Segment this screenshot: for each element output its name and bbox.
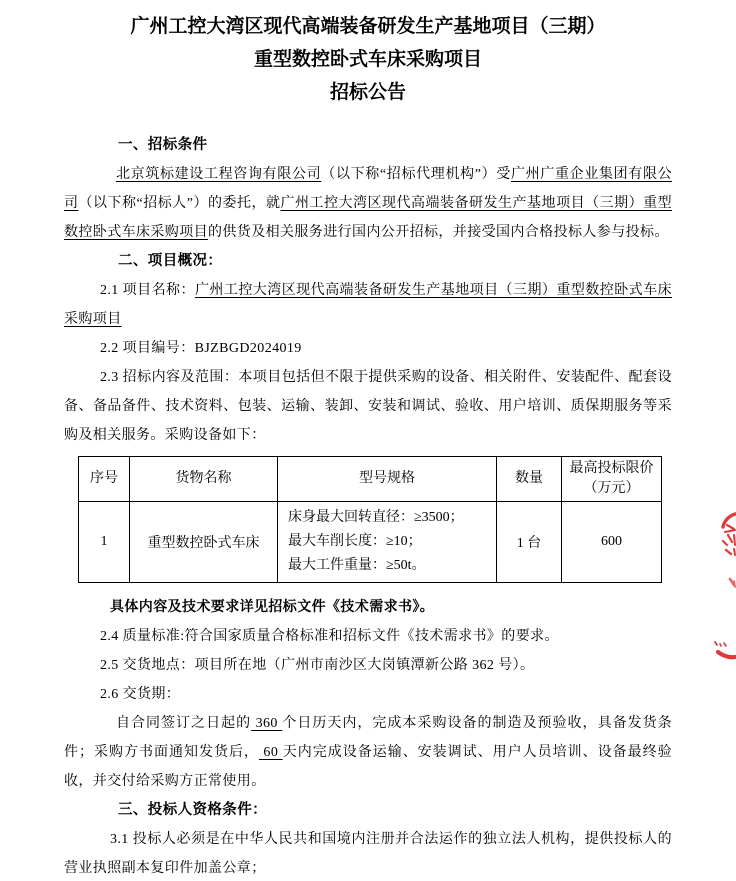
equipment-table: 序号 货物名称 型号规格 数量 最高投标限价（万元） 1 重型数控卧式车床 床身… — [78, 456, 662, 583]
delivery-period-item: 2.6 交货期： — [64, 680, 672, 709]
delivery-place-item: 2.5 交货地点：项目所在地（广州市南沙区大岗镇潭新公路 362 号）。 — [64, 651, 672, 680]
cell-serial-number: 1 — [79, 502, 130, 583]
delivery-text: 自合同签订之日起的 — [116, 716, 251, 731]
delivery-days-60: 60 — [259, 745, 283, 760]
red-seal-stamp-icon — [710, 505, 736, 665]
title-line-3: 招标公告 — [64, 76, 672, 109]
tender-paragraph-text: （以下称“招标人”）的委托，就 — [79, 196, 281, 211]
section-1-heading: 一、招标条件 — [64, 131, 672, 160]
delivery-period-paragraph: 自合同签订之日起的 360 个日历天内，完成本采购设备的制造及预验收，具备发货条… — [64, 709, 672, 796]
cell-max-bid-price: 600 — [562, 502, 662, 583]
cell-quantity: 1 台 — [497, 502, 562, 583]
spec-line-2: 最大车削长度：≥10； — [288, 530, 490, 554]
tender-paragraph-text: 的供货及相关服务进行国内公开招标，并接受国内合格投标人参与投标。 — [208, 225, 669, 240]
table-row: 1 重型数控卧式车床 床身最大回转直径：≥3500； 最大车削长度：≥10； 最… — [79, 502, 662, 583]
document-title: 广州工控大湾区现代高端装备研发生产基地项目（三期） 重型数控卧式车床采购项目 招… — [64, 10, 672, 109]
tender-conditions-paragraph: 北京筑标建设工程咨询有限公司（以下称“招标代理机构”）受广州广重企业集团有限公司… — [64, 160, 672, 247]
section-3-heading: 三、投标人资格条件： — [64, 796, 672, 825]
spec-line-1: 床身最大回转直径：≥3500； — [288, 506, 490, 530]
project-name-item: 2.1 项目名称：广州工控大湾区现代高端装备研发生产基地项目（三期）重型数控卧式… — [64, 276, 672, 334]
bidder-qualification-item: 3.1 投标人必须是在中华人民共和国境内注册并合法运作的独立法人机构，提供投标人… — [64, 825, 672, 881]
table-header-row: 序号 货物名称 型号规格 数量 最高投标限价（万元） — [79, 457, 662, 502]
title-line-2: 重型数控卧式车床采购项目 — [64, 43, 672, 76]
header-quantity: 数量 — [497, 457, 562, 502]
title-line-1: 广州工控大湾区现代高端装备研发生产基地项目（三期） — [64, 10, 672, 43]
project-number-item: 2.2 项目编号：BJZBGD2024019 — [64, 334, 672, 363]
project-name-label: 2.1 项目名称： — [100, 283, 195, 298]
document-page: 广州工控大湾区现代高端装备研发生产基地项目（三期） 重型数控卧式车床采购项目 招… — [0, 0, 736, 881]
delivery-days-360: 360 — [251, 716, 282, 731]
quality-standard-item: 2.4 质量标准:符合国家质量合格标准和招标文件《技术需求书》的要求。 — [64, 622, 672, 651]
header-max-bid-price: 最高投标限价（万元） — [562, 457, 662, 502]
header-model-spec: 型号规格 — [278, 457, 497, 502]
cell-model-spec: 床身最大回转直径：≥3500； 最大车削长度：≥10； 最大工件重量：≥50t。 — [278, 502, 497, 583]
section-2-heading: 二、项目概况： — [64, 247, 672, 276]
spec-line-3: 最大工件重量：≥50t。 — [288, 554, 490, 578]
header-serial-number: 序号 — [79, 457, 130, 502]
tech-requirements-note: 具体内容及技术要求详见招标文件《技术需求书》。 — [64, 593, 672, 622]
tender-scope-item: 2.3 招标内容及范围：本项目包括但不限于提供采购的设备、相关附件、安装配件、配… — [64, 363, 672, 450]
header-goods-name: 货物名称 — [130, 457, 278, 502]
tender-agency-name: 北京筑标建设工程咨询有限公司 — [116, 167, 321, 182]
cell-goods-name: 重型数控卧式车床 — [130, 502, 278, 583]
tender-paragraph-text: （以下称“招标代理机构”）受 — [321, 167, 511, 182]
